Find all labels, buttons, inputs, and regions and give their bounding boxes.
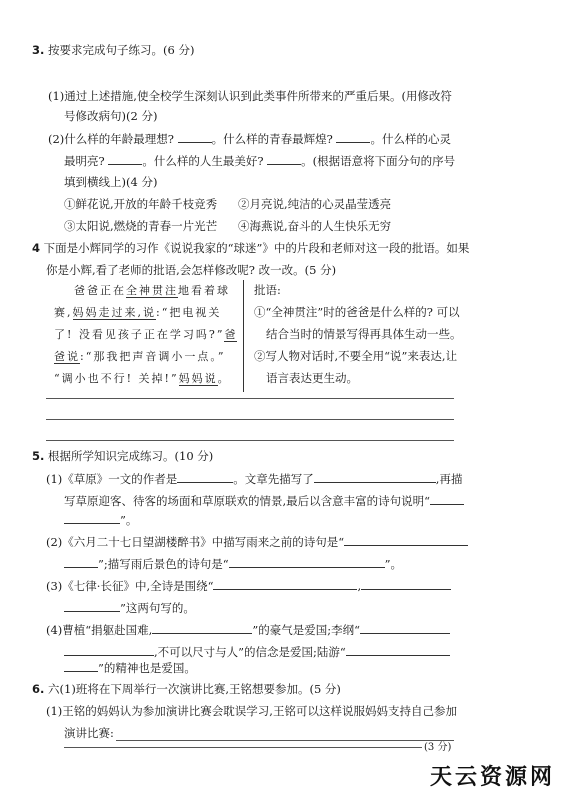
answer-blank[interactable] (64, 599, 120, 612)
answer-blank[interactable] (361, 577, 451, 590)
answer-line[interactable] (46, 419, 454, 420)
essay-text: :“把电视关 (156, 306, 221, 319)
q3-title: 按要求完成句子练习。(6 分) (48, 43, 194, 57)
essay-text: “调小也不行! 关掉!” (54, 372, 179, 385)
comment-1-line1: ①“全神贯注”时的爸爸是什么样的? 可以 (254, 304, 460, 320)
essay-text: 地看着球 (178, 284, 230, 297)
q3-option-1: ①鲜花说,开放的年龄千枝竞秀 (64, 196, 217, 212)
q4-heading: 4 下面是小辉同学的习作《说说我家的“球迷”》中的片段和老师对这一段的批语。如果 (32, 240, 469, 256)
answer-blank[interactable] (213, 577, 357, 590)
answer-blank[interactable] (430, 492, 464, 505)
q5-title: 根据所学知识完成练习。(10 分) (48, 449, 213, 463)
q6-number: 6. (32, 682, 44, 696)
essay-text: 了! 没看见孩子正在学习吗?” (54, 328, 224, 341)
q3-option-2: ②月亮说,纯洁的心灵晶莹透亮 (238, 196, 391, 212)
q4-number: 4 (32, 241, 40, 255)
q3-p1-line1: (1)通过上述措施,使全校学生深刻认识到此类事件所带来的严重后果。(用修改符 (48, 88, 452, 104)
q5-p4-line3: ”的精神也是爱国。 (64, 659, 196, 676)
essay-line-1: 爸爸正在全神贯注地看着球 (74, 282, 230, 298)
essay-text: 赛, (54, 306, 73, 319)
comment-2-line1: ②写人物对话时,不要全用“说”来表达,让 (254, 348, 457, 364)
essay-line-3: 了! 没看见孩子正在学习吗?”爸 (54, 326, 237, 342)
answer-blank[interactable] (64, 643, 154, 656)
comment-2-line2: 语言表达更生动。 (266, 370, 358, 386)
q3-number: 3. (32, 43, 44, 57)
answer-line[interactable] (116, 740, 454, 741)
answer-blank[interactable] (267, 152, 301, 165)
q5-p2-line2: ”;描写雨后景色的诗句是“”。 (64, 555, 402, 572)
q3-p2-text: 。(根据语意将下面分句的序号 (301, 154, 455, 168)
q3-p2-text: 。什么样的人生最美好? (142, 154, 263, 168)
watermark-logo: 天云资源网 (430, 760, 555, 791)
q5-text: (4)曹植“捐躯赴国难, (46, 623, 152, 637)
q3-option-4: ④海燕说,奋斗的人生快乐无穷 (238, 218, 391, 234)
q5-text: ”。 (120, 513, 137, 527)
essay-text: :“那我把声音调小一点。” (80, 350, 225, 363)
q3-option-3: ③太阳说,燃烧的青春一片光芒 (64, 218, 217, 234)
comment-title: 批语: (254, 282, 281, 298)
q5-text: ”的豪气是爱国;李纲“ (252, 623, 360, 637)
q5-p3-line2: ”这两句写的。 (64, 599, 195, 616)
answer-blank[interactable] (229, 555, 385, 568)
comment-1-line2: 结合当时的情景写得再具体生动一些。 (266, 326, 462, 342)
underlined-text: 妈妈走过来,说 (73, 306, 157, 320)
q5-text: ,不可以尺寸与人”的信念是爱国;陆游“ (154, 645, 346, 659)
q3-heading: 3. 按要求完成句子练习。(6 分) (32, 42, 194, 58)
q3-p2-line3: 填到横线上)(4 分) (64, 174, 157, 190)
underlined-text: 爸 (224, 328, 237, 342)
essay-text: 爸爸正在 (74, 284, 126, 297)
q3-p2-text: 。什么样的青春最辉煌? (212, 132, 333, 146)
q6-title: 六(1)班将在下周举行一次演讲比赛,王铭想要参加。(5 分) (48, 682, 341, 696)
q5-text: ”的精神也是爱国。 (98, 661, 196, 675)
q5-p1-line1: (1)《草原》一文的作者是。文章先描写了,再描 (46, 470, 462, 487)
q5-heading: 5. 根据所学知识完成练习。(10 分) (32, 448, 213, 464)
answer-blank[interactable] (360, 621, 450, 634)
underlined-text: 爸说 (54, 350, 80, 364)
underlined-text: 妈妈说 (179, 372, 218, 386)
answer-line[interactable] (64, 747, 422, 748)
q5-p3-line1: (3)《七律·长征》中,全诗是围绕“, (46, 577, 451, 594)
q5-p4-line2: ,不可以尺寸与人”的信念是爱国;陆游“ (64, 643, 450, 660)
answer-blank[interactable] (108, 152, 142, 165)
q5-text: ”。 (385, 557, 402, 571)
q3-p2-line2: 最明亮? 。什么样的人生最美好? 。(根据语意将下面分句的序号 (64, 152, 455, 169)
q6-p1-line2: 演讲比赛: (64, 725, 114, 741)
q6-heading: 6. 六(1)班将在下周举行一次演讲比赛,王铭想要参加。(5 分) (32, 681, 341, 697)
answer-blank[interactable] (64, 659, 98, 672)
essay-text: 。 (218, 372, 231, 385)
answer-blank[interactable] (346, 643, 450, 656)
q5-number: 5. (32, 449, 44, 463)
q4-line2: 你是小辉,看了老师的批语,会怎样修改呢? 改一改。(5 分) (46, 262, 336, 278)
q5-text: (2)《六月二十七日望湖楼醉书》中描写雨来之前的诗句是“ (46, 535, 344, 549)
answer-line[interactable] (46, 440, 454, 441)
q3-p2-text: 最明亮? (64, 154, 105, 168)
q5-text: ,再描 (436, 472, 463, 486)
q5-text: 写草原迎客、待客的场面和草原联欢的情景,最后以含意丰富的诗句说明“ (64, 494, 430, 508)
q3-p2-text: 。什么样的心灵 (370, 132, 451, 146)
answer-blank[interactable] (177, 470, 233, 483)
essay-line-5: “调小也不行! 关掉!”妈妈说。 (54, 370, 231, 386)
q6-text: 演讲比赛: (64, 726, 114, 740)
q6-points: (3 分) (424, 738, 451, 753)
answer-blank[interactable] (64, 511, 120, 524)
q5-text: 。文章先描写了 (233, 472, 314, 486)
answer-blank[interactable] (152, 621, 252, 634)
q5-p2-line1: (2)《六月二十七日望湖楼醉书》中描写雨来之前的诗句是“ (46, 533, 468, 550)
q5-p4-line1: (4)曹植“捐躯赴国难,”的豪气是爱国;李纲“ (46, 621, 450, 638)
essay-line-2: 赛,妈妈走过来,说:“把电视关 (54, 304, 221, 320)
vertical-divider (243, 280, 244, 392)
essay-line-4: 爸说:“那我把声音调小一点。” (54, 348, 225, 364)
q4-line1: 下面是小辉同学的习作《说说我家的“球迷”》中的片段和老师对这一段的批语。如果 (44, 241, 470, 255)
q5-p1-line2: 写草原迎客、待客的场面和草原联欢的情景,最后以含意丰富的诗句说明“ (64, 492, 464, 509)
q5-text: (3)《七律·长征》中,全诗是围绕“ (46, 579, 213, 593)
q6-p1-line1: (1)王铭的妈妈认为参加演讲比赛会耽误学习,王铭可以这样说服妈妈支持自己参加 (46, 703, 457, 719)
q3-p2-text: (2)什么样的年龄最理想? (48, 132, 174, 146)
q5-text: (1)《草原》一文的作者是 (46, 472, 177, 486)
answer-blank[interactable] (64, 555, 98, 568)
answer-line[interactable] (46, 398, 454, 399)
answer-blank[interactable] (314, 470, 436, 483)
q5-text: ”;描写雨后景色的诗句是“ (98, 557, 229, 571)
answer-blank[interactable] (178, 130, 212, 143)
answer-blank[interactable] (336, 130, 370, 143)
answer-blank[interactable] (344, 533, 468, 546)
q5-p1-line3: ”。 (64, 511, 137, 528)
q3-p2-line1: (2)什么样的年龄最理想? 。什么样的青春最辉煌? 。什么样的心灵 (48, 130, 451, 147)
q3-p1-line2: 号修改病句)(2 分) (64, 108, 157, 124)
q5-text: ”这两句写的。 (120, 601, 195, 615)
underlined-text: 全神贯注 (126, 284, 178, 298)
